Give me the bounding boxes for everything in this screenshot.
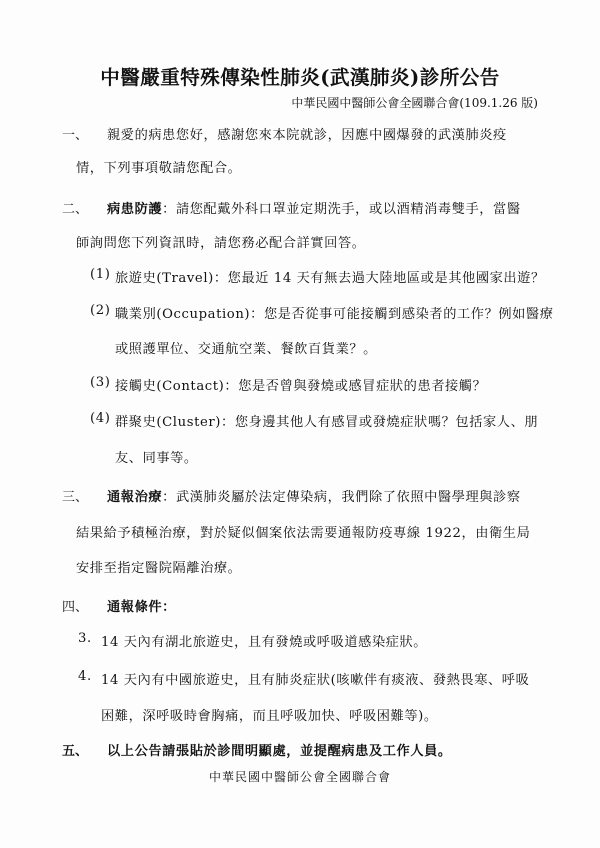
item-label: 3. <box>78 631 92 646</box>
item-label: (4) <box>90 411 110 426</box>
section-marker: 三、 <box>62 486 88 505</box>
item-text: 14 天內有湖北旅遊史，且有發燒或呼吸道感染症狀。 <box>101 631 427 650</box>
item-text: 14 天內有中國旅遊史，且有肺炎症狀(咳嗽伴有痰液、發熱畏寒、呼吸 <box>101 669 529 688</box>
section-marker: 二、 <box>62 198 88 217</box>
item-text: 接觸史(Contact)：您是否曾與發燒或感冒症狀的患者接觸？ <box>115 375 486 394</box>
version-line: 中華民國中醫師公會全國聯合會(109.1.26 版) <box>291 94 538 111</box>
item-text: 群聚史(Cluster)：您身邊其他人有感冒或發燒症狀嗎？包括家人、朋 <box>115 411 538 430</box>
section-text: 以上公告請張貼於診間明顯處，並提醒病患及工作人員。 <box>107 740 452 759</box>
section-heading: 病患防護 <box>107 202 162 217</box>
section-marker: 四、 <box>62 596 88 615</box>
section-heading: 通報治療 <box>107 490 162 505</box>
item-text: 旅遊史(Travel)：您最近 14 天有無去過大陸地區或是其他國家出遊？ <box>115 267 545 286</box>
item-text: 困難，深呼吸時會胸痛，而且呼吸加快、呼吸困難等)。 <box>101 705 438 724</box>
section-text: 師詢問您下列資訊時，請您務必配合詳實回答。 <box>76 232 366 251</box>
section-marker: 一、 <box>62 124 88 143</box>
section-text: 情，下列事項敬請您配合。 <box>76 157 241 176</box>
section-text: ：武漢肺炎屬於法定傳染病，我們除了依照中醫學理與診察 <box>162 490 520 505</box>
document-footer: 中華民國中醫師公會全國聯合會 <box>0 768 600 785</box>
section-heading: 通報條件： <box>107 596 176 615</box>
section-text: 親愛的病患您好，感謝您來本院就診，因應中國爆發的武漢肺炎疫 <box>107 124 507 143</box>
item-label: 4. <box>78 669 92 684</box>
item-label: (2) <box>90 303 110 318</box>
item-text: 友、同事等。 <box>115 447 198 466</box>
section-marker: 五、 <box>62 740 88 759</box>
item-label: (1) <box>90 267 110 282</box>
item-text: 職業別(Occupation)：您是否從事可能接觸到感染者的工作？例如醫療 <box>115 303 554 322</box>
document-title: 中醫嚴重特殊傳染性肺炎(武漢肺炎)診所公告 <box>0 62 600 90</box>
item-text: 或照護單位、交通航空業、餐飲百貨業？。 <box>115 338 377 357</box>
item-label: (3) <box>90 375 110 390</box>
section-text: 安排至指定醫院隔離治療。 <box>76 557 241 576</box>
section-text: 結果給予積極治療，對於疑似個案依法需要通報防疫專線 1922，由衛生局 <box>76 522 530 541</box>
section-text: ：請您配戴外科口罩並定期洗手，或以酒精消毒雙手，當醫 <box>162 202 520 217</box>
